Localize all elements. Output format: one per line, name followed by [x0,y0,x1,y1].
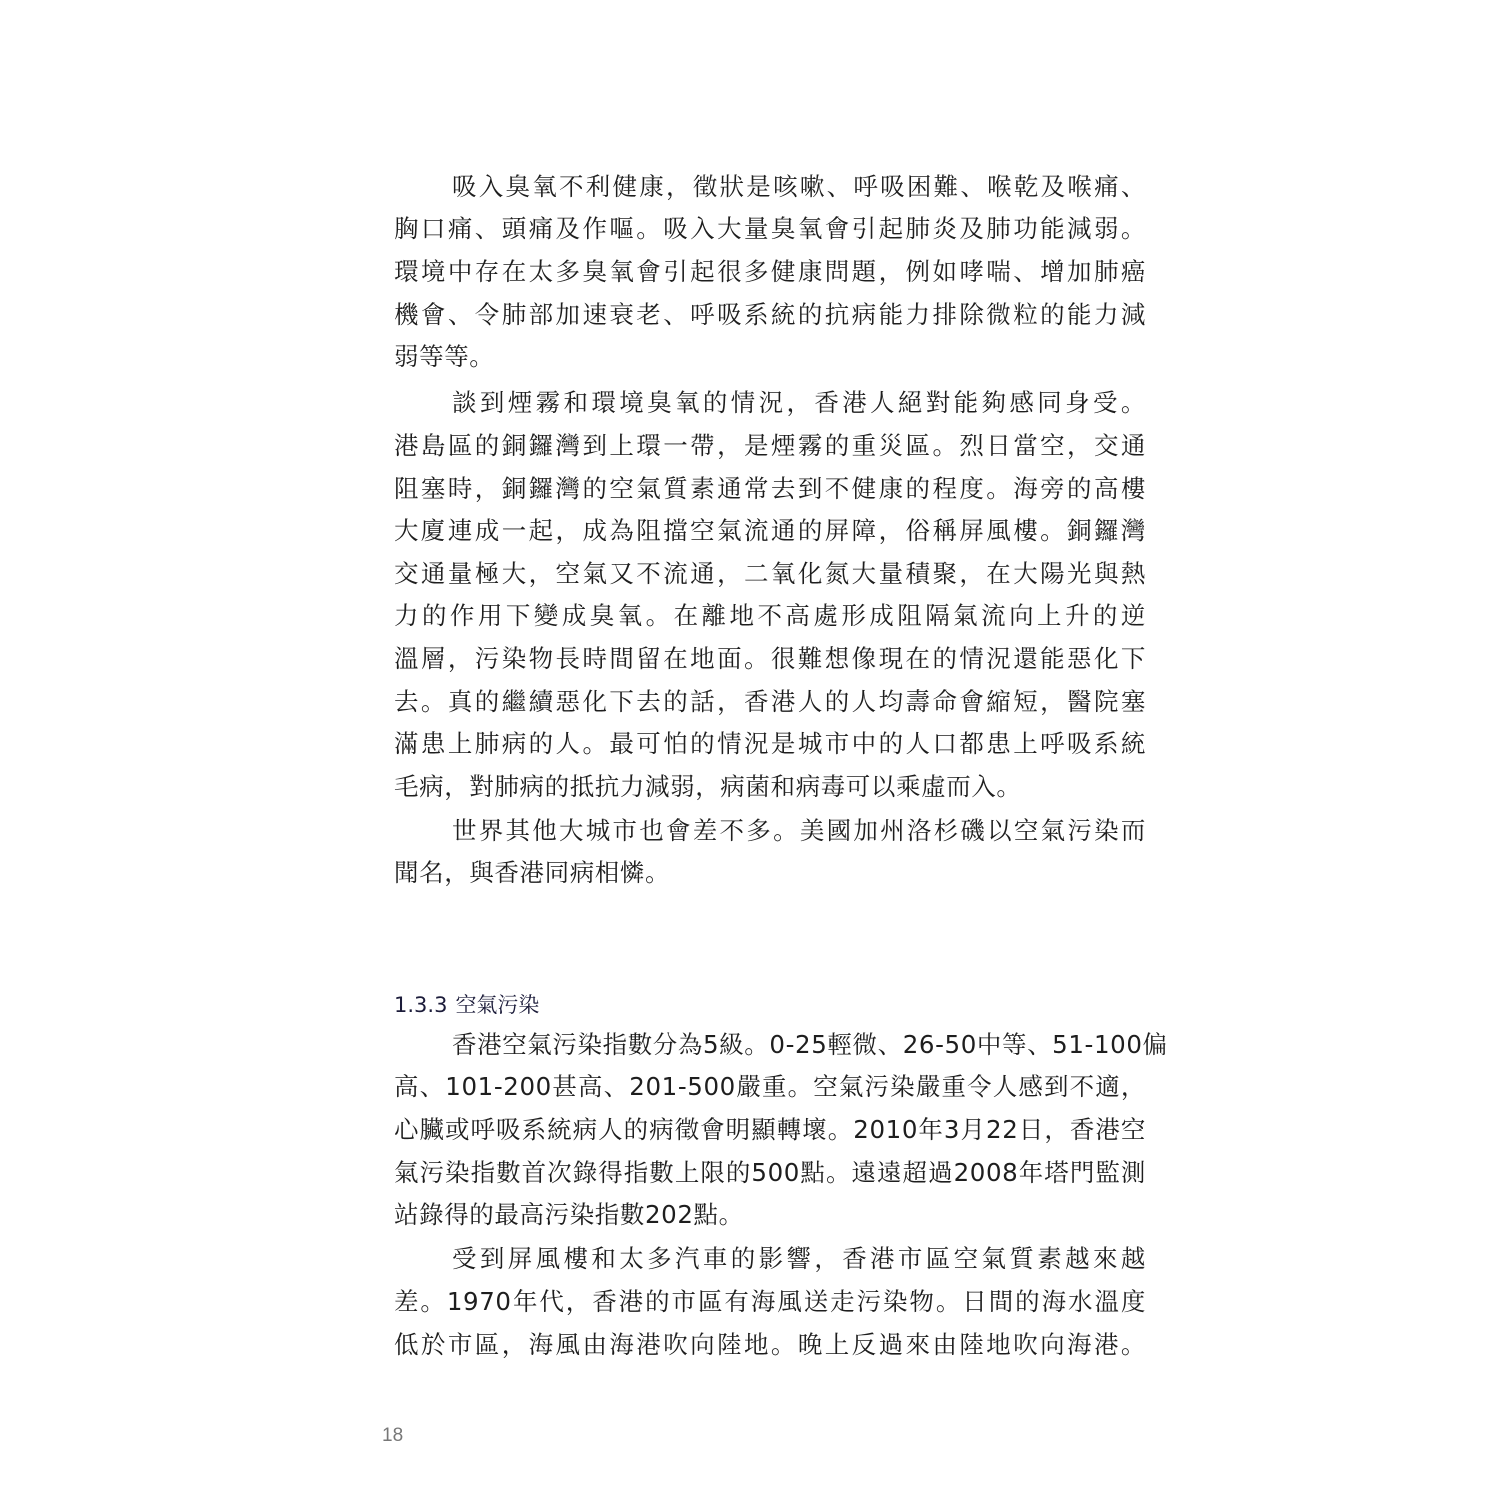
text-line: 受到屏風樓和太多汽車的影響，香港市區空氣質素越來越 [394,1238,1146,1280]
text-line: 低於市區，海風由海港吹向陸地。晚上反過來由陸地吹向海港。 [394,1324,1146,1366]
text-line: 談到煙霧和環境臭氧的情況，香港人絕對能夠感同身受。 [394,382,1146,424]
text-line: 機會、令肺部加速衰老、呼吸系統的抗病能力排除微粒的能力減 [394,294,1146,336]
section-number: 1.3.3 [394,993,447,1017]
text-line: 心臟或呼吸系統病人的病徵會明顯轉壞。2010年3月22日，香港空 [394,1109,1146,1151]
text-line: 差。1970年代，香港的市區有海風送走污染物。日間的海水溫度 [394,1281,1146,1323]
text-line: 吸入臭氧不利健康，徵狀是咳嗽、呼吸困難、喉乾及喉痛、 [394,166,1146,208]
text-line: 世界其他大城市也會差不多。美國加州洛杉磯以空氣污染而 [394,810,1146,852]
text-line: 力的作用下變成臭氧。在離地不高處形成阻隔氣流向上升的逆 [394,595,1146,637]
text-line: 環境中存在太多臭氧會引起很多健康問題，例如哮喘、增加肺癌 [394,251,1146,293]
document-page: 吸入臭氧不利健康，徵狀是咳嗽、呼吸困難、喉乾及喉痛、 胸口痛、頭痛及作嘔。吸入大… [0,0,1500,1500]
text-line: 弱等等。 [394,336,1146,378]
text-line: 去。真的繼續惡化下去的話，香港人的人均壽命會縮短，醫院塞 [394,681,1146,723]
text-line: 高、101-200甚高、201-500嚴重。空氣污染嚴重令人感到不適， [394,1066,1146,1108]
text-line: 氣污染指數首次錄得指數上限的500點。遠遠超過2008年塔門監測 [394,1152,1146,1194]
text-line: 港島區的銅鑼灣到上環一帶，是煙霧的重災區。烈日當空，交通 [394,425,1146,467]
page-number: 18 [382,1425,403,1447]
text-line: 香港空氣污染指數分為5級。0-25輕微、26-50中等、51-100偏 [394,1024,1146,1066]
text-line: 滿患上肺病的人。最可怕的情況是城市中的人口都患上呼吸系統 [394,723,1146,765]
text-line: 站錄得的最高污染指數202點。 [394,1194,1146,1236]
section-title: 空氣污染 [455,993,539,1017]
text-line: 胸口痛、頭痛及作嘔。吸入大量臭氧會引起肺炎及肺功能減弱。 [394,208,1146,250]
section-heading: 1.3.3空氣污染 [394,987,539,1023]
text-line: 毛病，對肺病的抵抗力減弱，病菌和病毒可以乘虛而入。 [394,766,1146,808]
text-line: 交通量極大，空氣又不流通，二氧化氮大量積聚，在大陽光與熱 [394,553,1146,595]
text-line: 阻塞時，銅鑼灣的空氣質素通常去到不健康的程度。海旁的高樓 [394,468,1146,510]
text-line: 溫層，污染物長時間留在地面。很難想像現在的情況還能惡化下 [394,638,1146,680]
text-line: 聞名，與香港同病相憐。 [394,852,1146,894]
text-line: 大廈連成一起，成為阻擋空氣流通的屏障，俗稱屏風樓。銅鑼灣 [394,510,1146,552]
